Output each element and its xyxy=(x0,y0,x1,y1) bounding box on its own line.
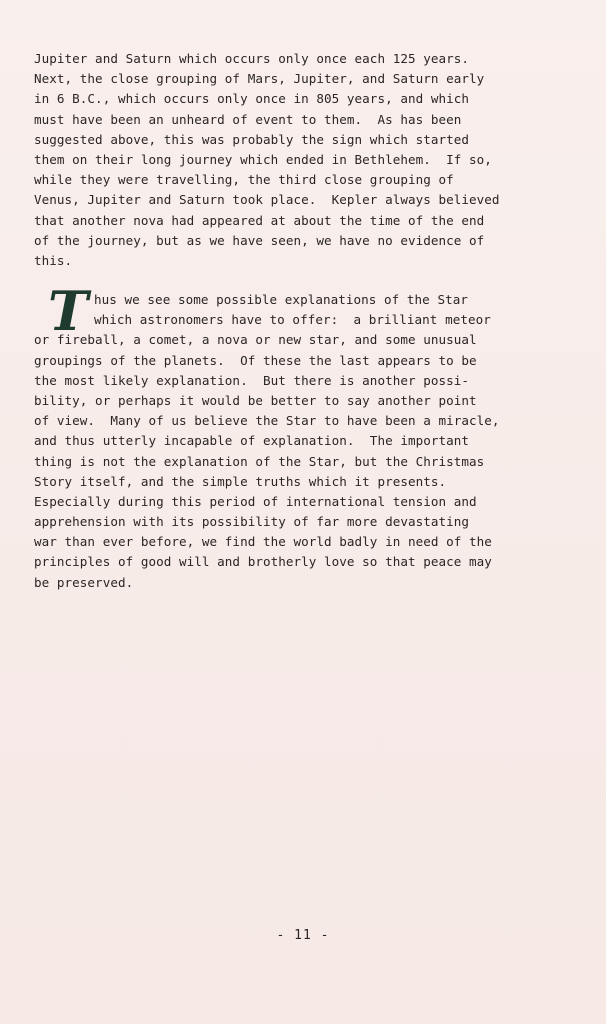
text-line: thing is not the explanation of the Star… xyxy=(34,452,544,472)
text-line: in 6 B.C., which occurs only once in 805… xyxy=(34,89,544,109)
text-line: that another nova had appeared at about … xyxy=(34,211,544,231)
paragraph-2: T hus we see some possible explanations … xyxy=(34,290,544,593)
paragraph-1: Jupiter and Saturn which occurs only onc… xyxy=(34,49,544,271)
text-line: the most likely explanation. But there i… xyxy=(34,371,544,391)
text-line: Next, the close grouping of Mars, Jupite… xyxy=(34,69,544,89)
page-number: - 11 - xyxy=(0,928,606,943)
text-line: principles of good will and brotherly lo… xyxy=(34,552,544,572)
text-line: of view. Many of us believe the Star to … xyxy=(34,411,544,431)
text-line: them on their long journey which ended i… xyxy=(34,150,544,170)
text-line: and thus utterly incapable of explanatio… xyxy=(34,431,544,451)
text-line: apprehension with its possibility of far… xyxy=(34,512,544,532)
drop-cap: T xyxy=(48,284,88,338)
text-line: groupings of the planets. Of these the l… xyxy=(34,351,544,371)
document-page: Jupiter and Saturn which occurs only onc… xyxy=(0,0,606,1024)
text-line: hus we see some possible explanations of… xyxy=(34,290,544,310)
text-line: suggested above, this was probably the s… xyxy=(34,130,544,150)
text-line: be preserved. xyxy=(34,573,544,593)
text-line: Especially during this period of interna… xyxy=(34,492,544,512)
text-line: or fireball, a comet, a nova or new star… xyxy=(34,330,544,350)
text-line: this. xyxy=(34,251,544,271)
text-line: war than ever before, we find the world … xyxy=(34,532,544,552)
text-line: must have been an unheard of event to th… xyxy=(34,110,544,130)
text-line: while they were travelling, the third cl… xyxy=(34,170,544,190)
text-line: bility, or perhaps it would be better to… xyxy=(34,391,544,411)
text-line: Venus, Jupiter and Saturn took place. Ke… xyxy=(34,190,544,210)
text-line: Story itself, and the simple truths whic… xyxy=(34,472,544,492)
text-line: of the journey, but as we have seen, we … xyxy=(34,231,544,251)
text-line: which astronomers have to offer: a brill… xyxy=(34,310,544,330)
text-line: Jupiter and Saturn which occurs only onc… xyxy=(34,49,544,69)
